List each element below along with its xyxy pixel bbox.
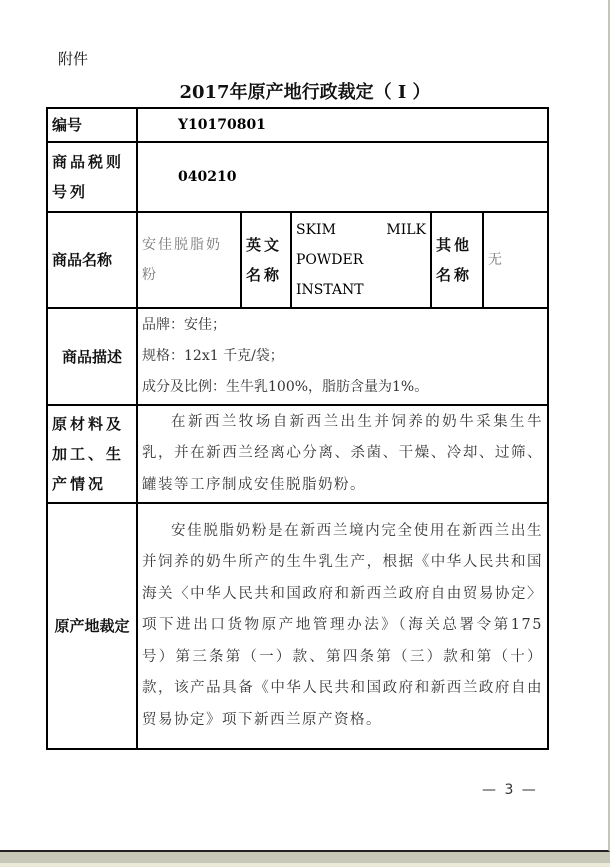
code-label: 编号 [47, 108, 137, 142]
document-page: 附件 2017年原产地行政裁定（ I ） 编号 Y10170801 商品税则号列… [0, 0, 610, 852]
ruling-text: 安佳脱脂奶粉是在新西兰境内完全使用在新西兰出生并饲养的奶牛所产的生牛乳生产，根据… [137, 503, 548, 749]
description-brand: 品牌：安佳； [142, 310, 543, 341]
row-description: 商品描述 品牌：安佳； 规格：12x1 千克/袋； 成分及比例：生牛乳100%，… [47, 308, 548, 405]
row-code: 编号 Y10170801 [47, 108, 548, 142]
description-spec: 规格：12x1 千克/袋； [142, 341, 543, 372]
tariff-value: 040210 [137, 142, 548, 212]
page-number: — 3 — [482, 782, 538, 798]
description-label: 商品描述 [47, 308, 137, 405]
name-value: 安佳脱脂奶粉 [137, 212, 241, 308]
tariff-label: 商品税则号列 [47, 142, 137, 212]
attachment-label: 附件 [58, 48, 88, 69]
row-materials: 原材料及加工、生产情况 在新西兰牧场自新西兰出生并饲养的奶牛采集生牛乳，并在新西… [47, 405, 548, 503]
english-name-value: SKIM MILK POWDER INSTANT [291, 212, 431, 308]
other-name-label: 其他名称 [431, 212, 483, 308]
name-label: 商品名称 [47, 212, 137, 308]
materials-label: 原材料及加工、生产情况 [47, 405, 137, 503]
viewer-bottom-bar [0, 852, 610, 863]
description-composition: 成分及比例：生牛乳100%，脂肪含量为1%。 [142, 372, 543, 403]
document-title: 2017年原产地行政裁定（ I ） [0, 78, 610, 104]
description-value: 品牌：安佳； 规格：12x1 千克/袋； 成分及比例：生牛乳100%，脂肪含量为… [137, 308, 548, 405]
code-value: Y10170801 [137, 108, 548, 142]
row-tariff: 商品税则号列 040210 [47, 142, 548, 212]
viewer-bottom-edge [0, 863, 610, 867]
other-name-value: 无 [483, 212, 548, 308]
english-name-label: 英文名称 [241, 212, 291, 308]
ruling-table: 编号 Y10170801 商品税则号列 040210 商品名称 安佳脱脂奶粉 英… [46, 107, 549, 750]
row-name: 商品名称 安佳脱脂奶粉 英文名称 SKIM MILK POWDER INSTAN… [47, 212, 548, 308]
ruling-label: 原产地裁定 [47, 503, 137, 749]
row-ruling: 原产地裁定 安佳脱脂奶粉是在新西兰境内完全使用在新西兰出生并饲养的奶牛所产的生牛… [47, 503, 548, 749]
materials-text: 在新西兰牧场自新西兰出生并饲养的奶牛采集生牛乳，并在新西兰经离心分离、杀菌、干燥… [137, 405, 548, 503]
